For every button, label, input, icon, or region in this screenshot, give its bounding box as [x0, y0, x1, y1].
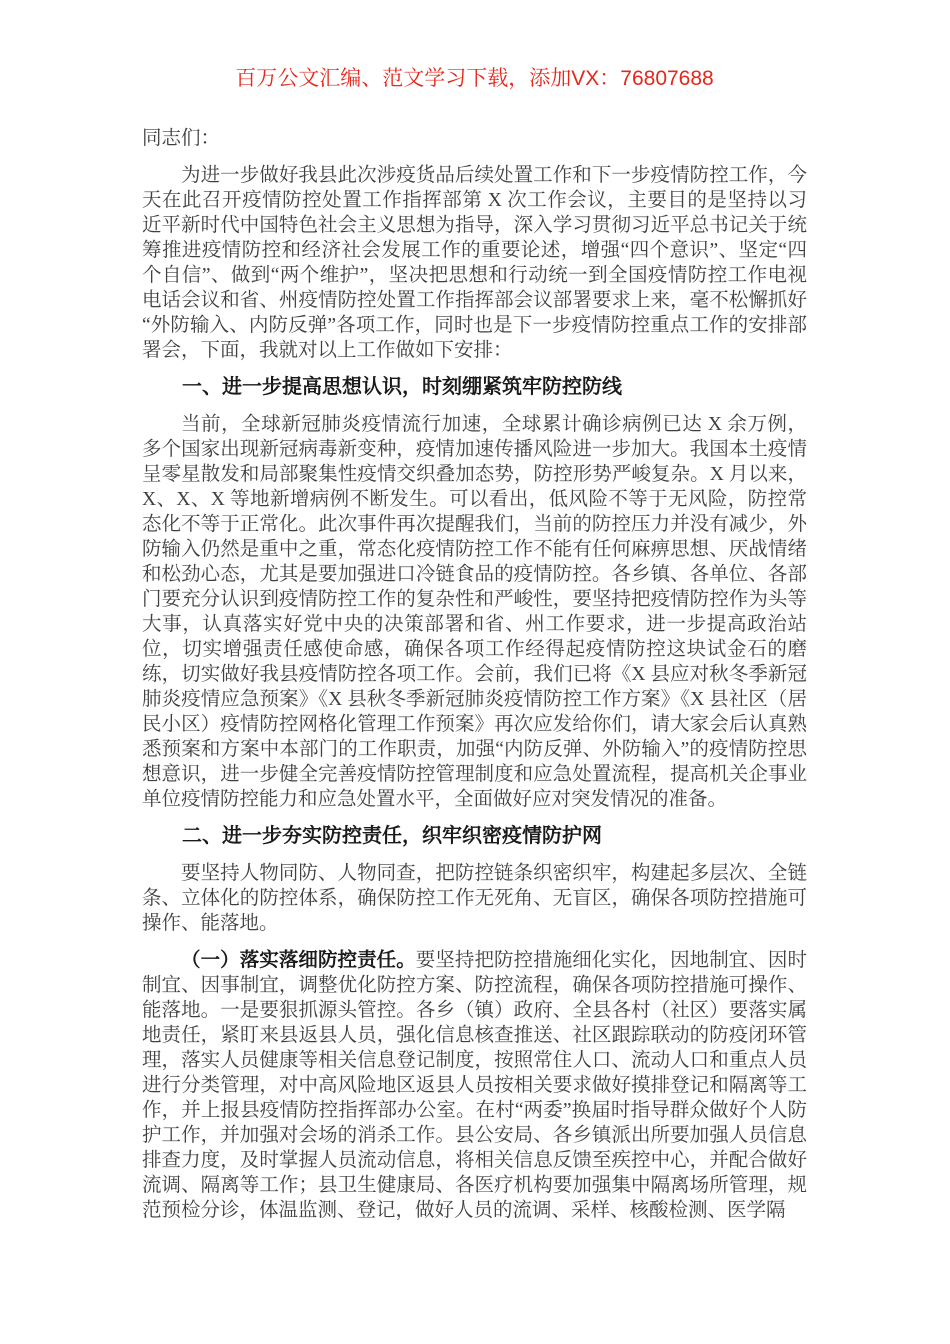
document-page: 百万公文汇编、范文学习下载，添加VX：76807688 同志们： 为进一步做好我… [0, 0, 950, 1344]
item1-body-text: 要坚持把防控措施细化实化，因地制宜、因时制宜、因事制宜，调整优化防控方案、防控流… [142, 950, 807, 1221]
document-body: 同志们： 为进一步做好我县此次涉疫货品后续处置工作和下一步疫情防控工作，今天在此… [142, 126, 807, 1223]
paragraph-opening: 为进一步做好我县此次涉疫货品后续处置工作和下一步疫情防控工作，今天在此召开疫情防… [142, 163, 807, 363]
paragraph-section2-item1: （一）落实落细防控责任。要坚持把防控措施细化实化，因地制宜、因时制宜、因事制宜，… [142, 948, 807, 1223]
section-heading-1: 一、进一步提高思想认识，时刻绷紧筑牢防控防线 [142, 375, 807, 400]
salutation: 同志们： [142, 126, 807, 151]
promo-notice-banner: 百万公文汇编、范文学习下载，添加VX：76807688 [142, 66, 807, 92]
paragraph-section1-body: 当前，全球新冠肺炎疫情流行加速，全球累计确诊病例已达 X 余万例，多个国家出现新… [142, 412, 807, 812]
item1-bold-lead: （一）落实落细防控责任。 [181, 949, 416, 971]
paragraph-section2-intro: 要坚持人物同防、人物同查，把防控链条织密织牢，构建起多层次、全链条、立体化的防控… [142, 861, 807, 936]
section-heading-2: 二、进一步夯实防控责任，织牢织密疫情防护网 [142, 824, 807, 849]
